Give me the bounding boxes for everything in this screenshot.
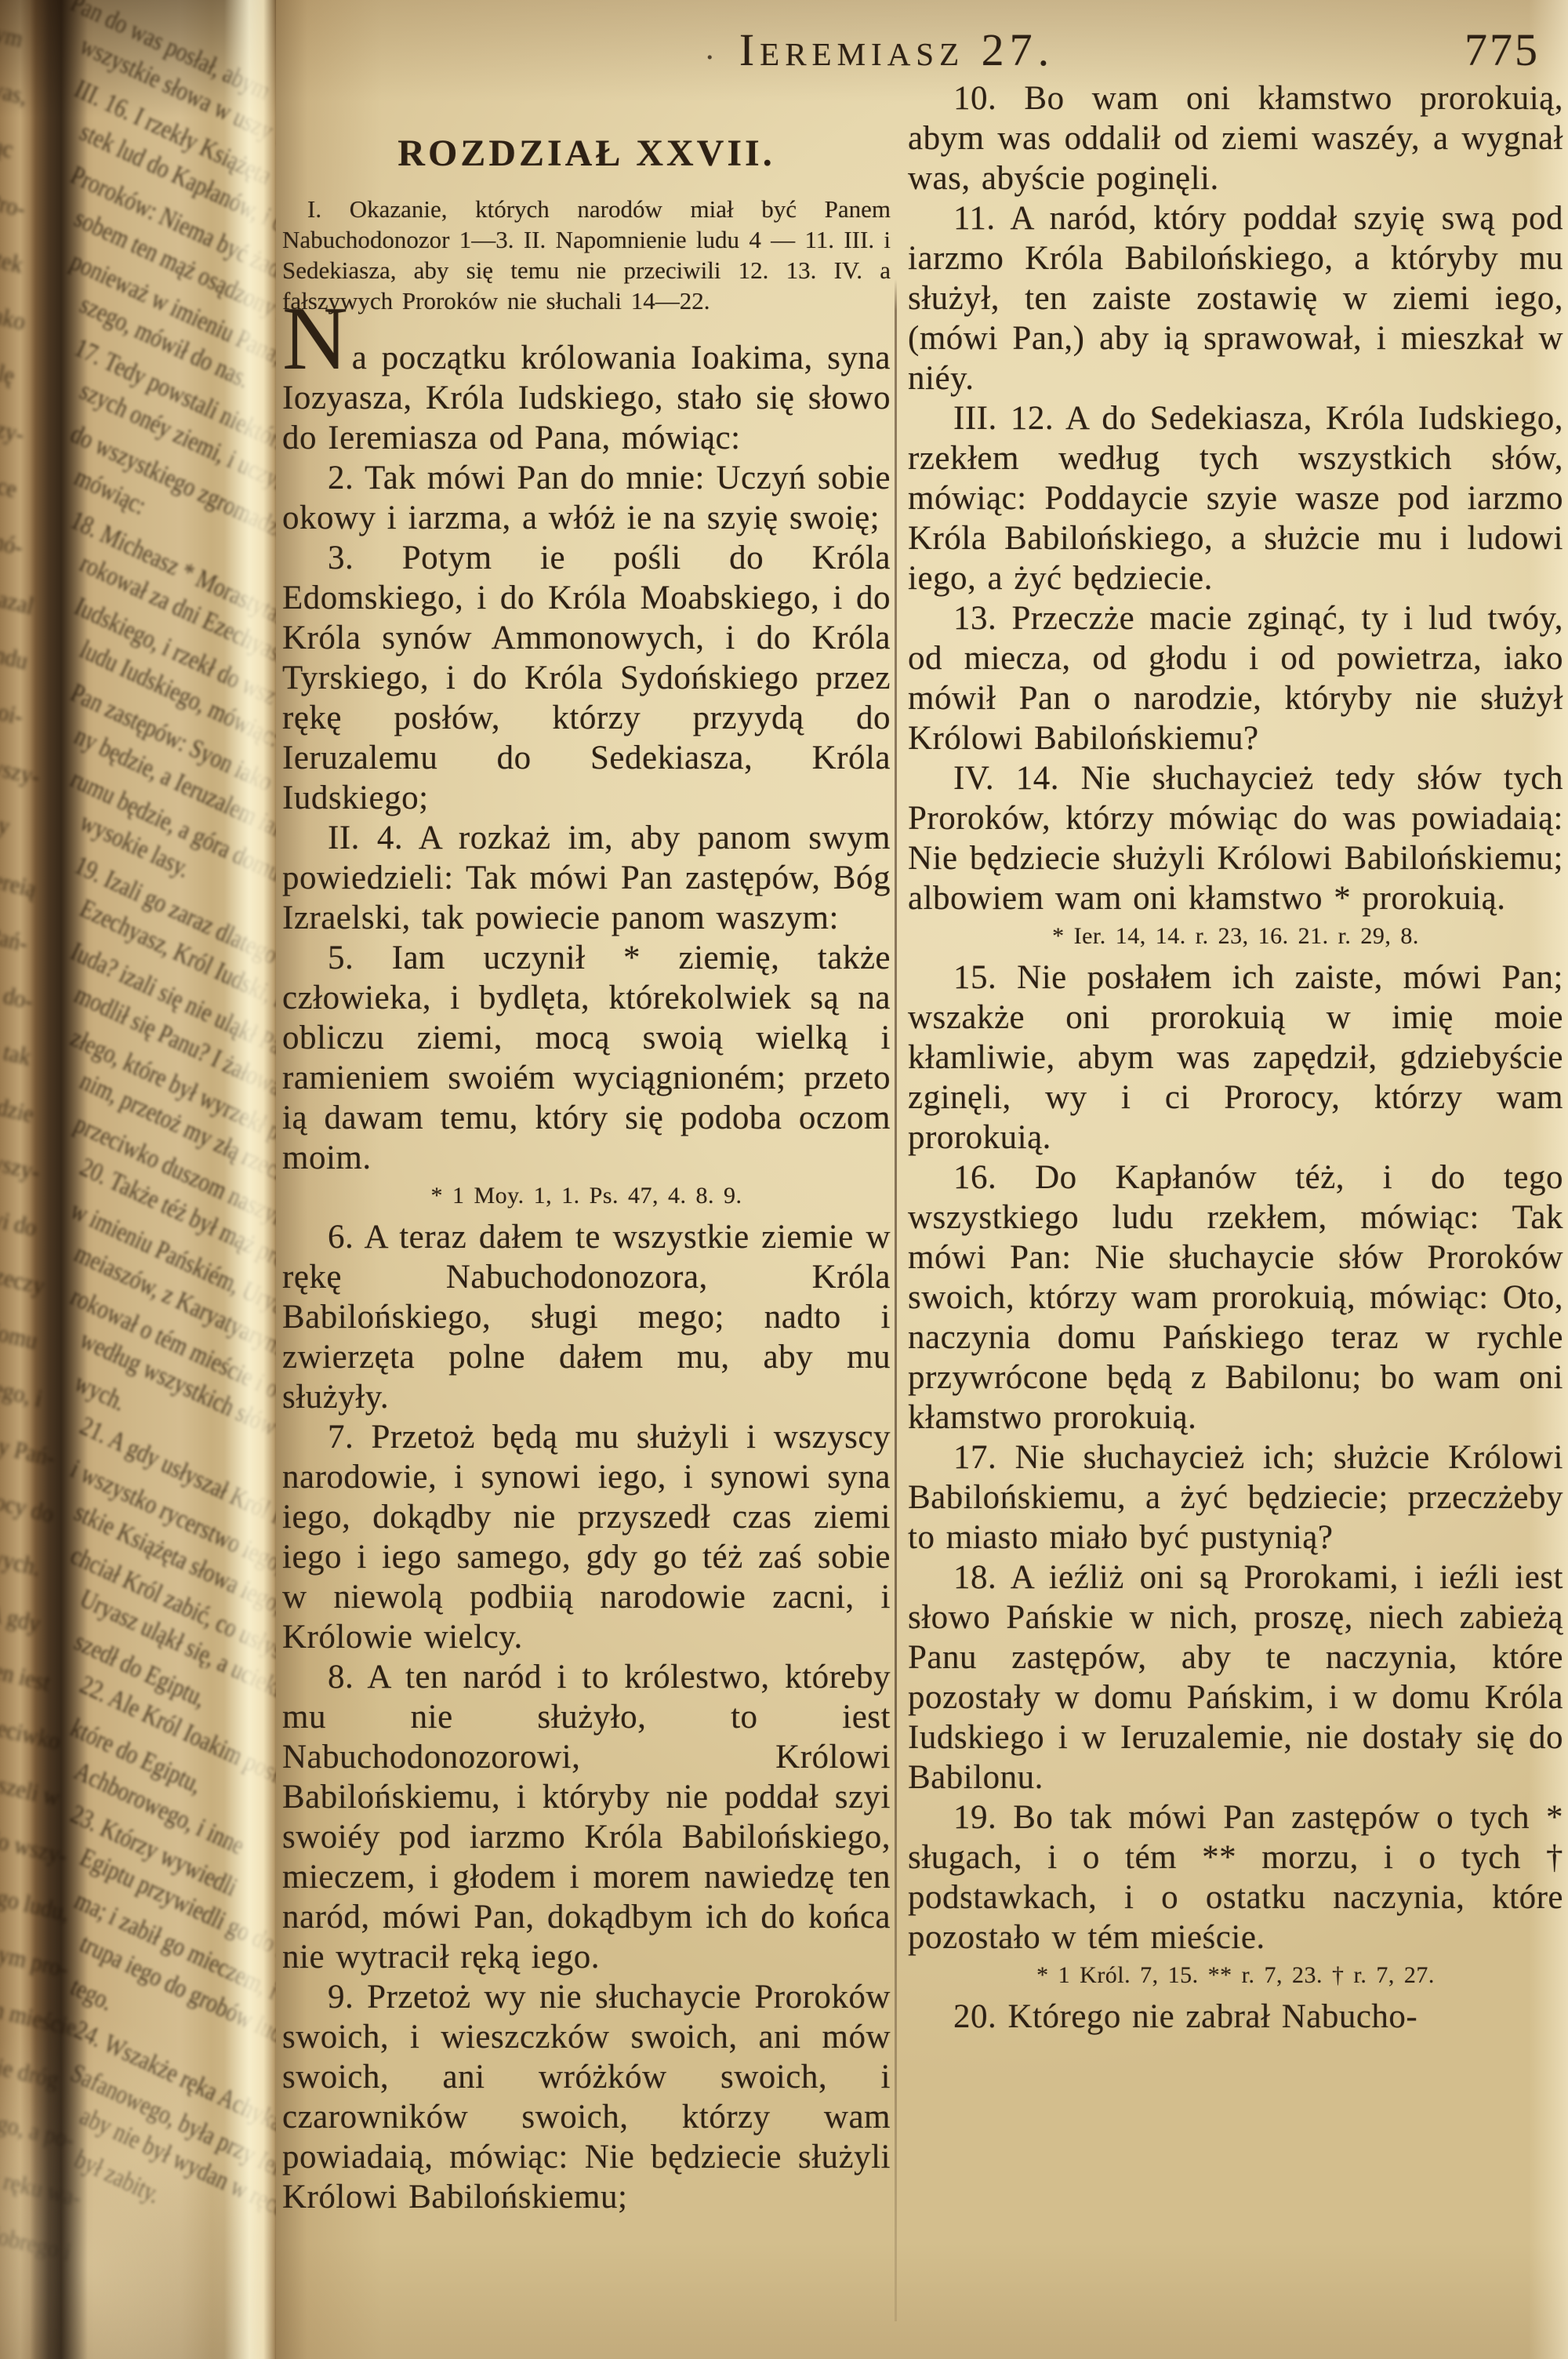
page-title: Ieremiasz 27. bbox=[739, 24, 1054, 76]
verse-paragraph: 16. Do Kapłanów téż, i do tego wszystkie… bbox=[908, 1158, 1563, 1438]
page-number: 775 bbox=[1465, 24, 1540, 76]
left-column: ROZDZIAŁ XXVII. I. Okazanie, których nar… bbox=[282, 132, 891, 2217]
verse-paragraph: Na początku królowania Ioakima, syna Ioz… bbox=[282, 338, 891, 458]
verse-paragraph: II. 4. A rozkaż im, aby panom swym powie… bbox=[282, 818, 891, 938]
verse-paragraph: 17. Nie słuchaycież ich; służcie Królowi… bbox=[908, 1438, 1563, 1558]
verse-paragraph: 13. Przeczże macie zginąć, ty i lud twóy… bbox=[908, 598, 1563, 758]
initial-capital: N bbox=[282, 289, 348, 389]
verse-paragraph: 11. A naród, który poddał szyię swą pod … bbox=[908, 198, 1563, 398]
verse-paragraph: 18. A ieźliż oni są Prorokami, i ieźli i… bbox=[908, 1558, 1563, 1797]
column-divider bbox=[895, 279, 897, 2321]
book-page: . Ieremiasz 27. 775 ROZDZIAŁ XXVII. I. O… bbox=[276, 0, 1568, 2359]
verse-paragraph: 10. Bo wam oni kłamstwo prorokuią, abym … bbox=[908, 78, 1563, 198]
page-curl-left: rymwas,iącPro-stekiakoklęszy-ącemó-kazal… bbox=[0, 0, 276, 2359]
chapter-heading: ROZDZIAŁ XXVII. bbox=[282, 132, 891, 175]
verse-paragraph: 8. A ten naród i to królestwo, któreby m… bbox=[282, 1657, 891, 1977]
verse-paragraph: 2. Tak mówi Pan do mnie: Uczyń sobie oko… bbox=[282, 458, 891, 538]
footnote-reference: * 1 Król. 7, 15. ** r. 7, 23. † r. 7, 27… bbox=[908, 1961, 1563, 1990]
verse-paragraph: 20. Którego nie zabrał Nabucho- bbox=[908, 1997, 1563, 2037]
verse-paragraph: 3. Potym ie pośli do Króla Edomskiego, i… bbox=[282, 538, 891, 818]
verse-paragraph: 5. Iam uczynił * ziemię, także człowieka… bbox=[282, 938, 891, 1178]
verse-paragraph: 19. Bo tak mówi Pan zastępów o tych * sł… bbox=[908, 1797, 1563, 1957]
footnote-reference: * Ier. 14, 14. r. 23, 16. 21. r. 29, 8. bbox=[908, 921, 1563, 951]
verse-paragraph: 15. Nie posłałem ich zaiste, mówi Pan; w… bbox=[908, 958, 1563, 1158]
book-photo: rymwas,iącPro-stekiakoklęszy-ącemó-kazal… bbox=[0, 0, 1568, 2359]
print-artifact-dot: . bbox=[706, 30, 714, 67]
chapter-argument: I. Okazanie, których narodów miał być Pa… bbox=[282, 194, 891, 316]
verse-paragraph: 9. Przetoż wy nie słuchaycie Proroków sw… bbox=[282, 1977, 891, 2217]
verse-paragraph: 7. Przetoż będą mu służyli i wszyscy nar… bbox=[282, 1417, 891, 1657]
footnote-reference: * 1 Moy. 1, 1. Ps. 47, 4. 8. 9. bbox=[282, 1181, 891, 1211]
spine-inner-fragments: Pan do was posłał, abymwszystkie słowa w… bbox=[72, 0, 276, 2179]
verse-paragraph: III. 12. A do Sedekiasza, Króla Iudskieg… bbox=[908, 398, 1563, 598]
verse-paragraph: 6. A teraz dałem te wszystkie ziemie w r… bbox=[282, 1217, 891, 1417]
verse-paragraph: IV. 14. Nie słuchaycież tedy słów tych P… bbox=[908, 758, 1563, 918]
right-column: 10. Bo wam oni kłamstwo prorokuią, abym … bbox=[908, 78, 1563, 2037]
